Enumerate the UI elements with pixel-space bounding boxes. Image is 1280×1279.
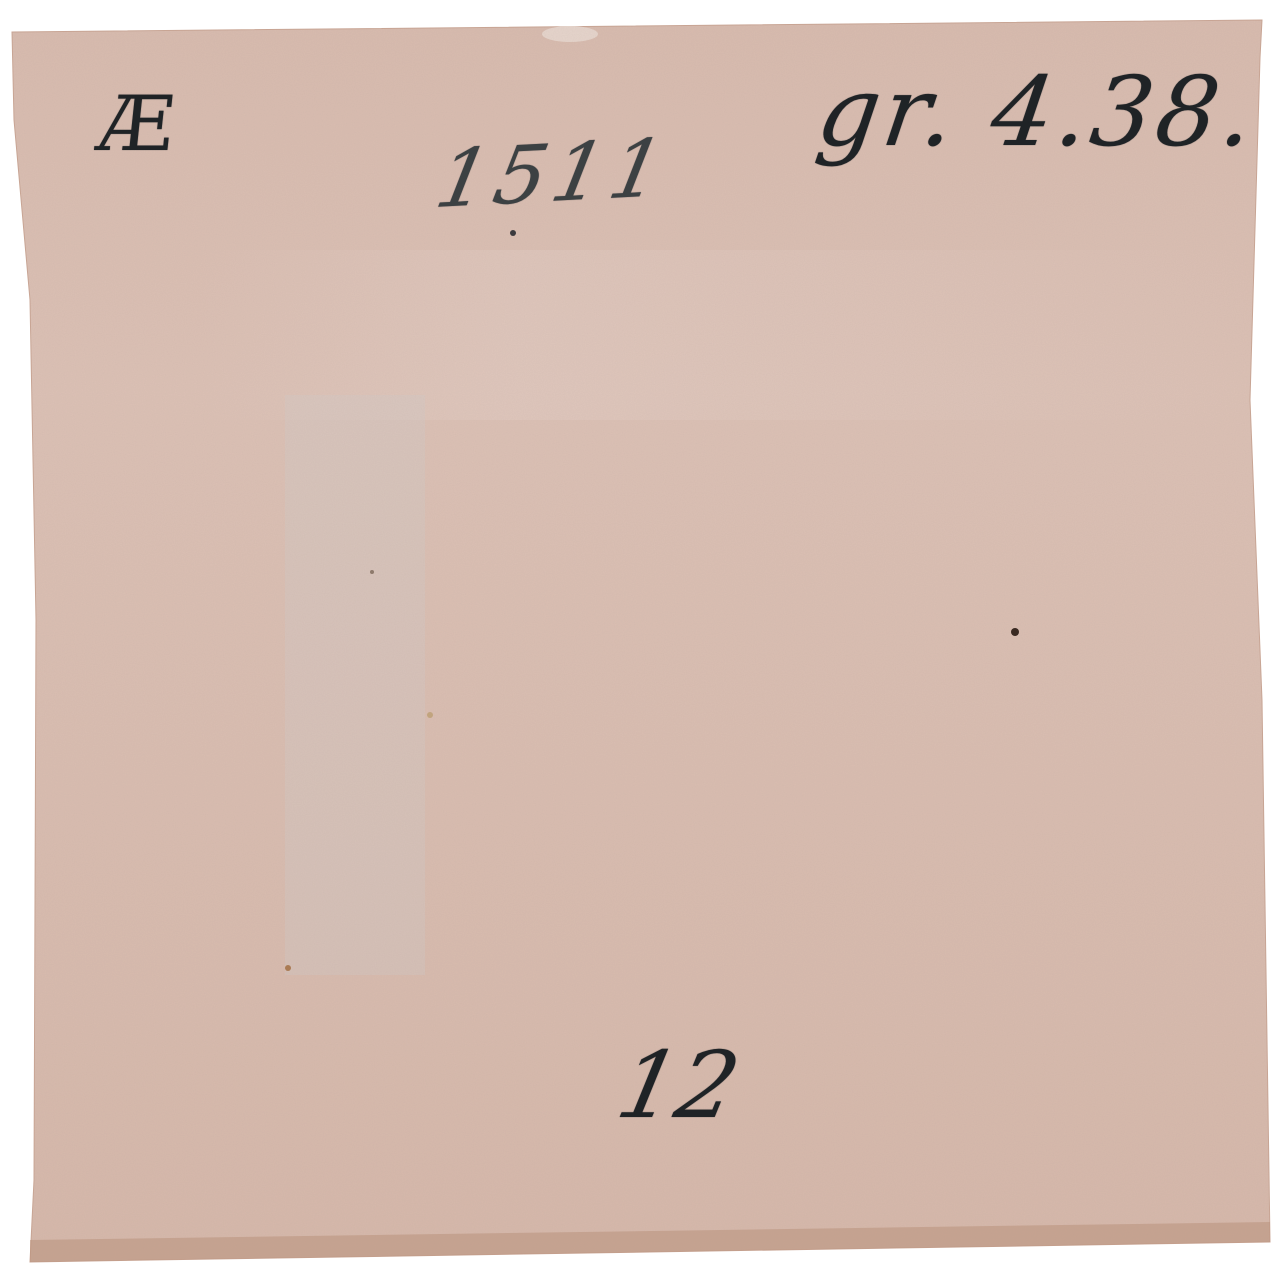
weight-annotation: gr. 4.38. bbox=[812, 64, 1264, 160]
metal-annotation: Æ bbox=[94, 86, 178, 162]
catalog-number: 1511 bbox=[430, 128, 676, 220]
page-number: 12 bbox=[610, 1040, 747, 1132]
paper-label: Æ gr. 4.38. 1511 12 bbox=[0, 0, 1280, 1279]
